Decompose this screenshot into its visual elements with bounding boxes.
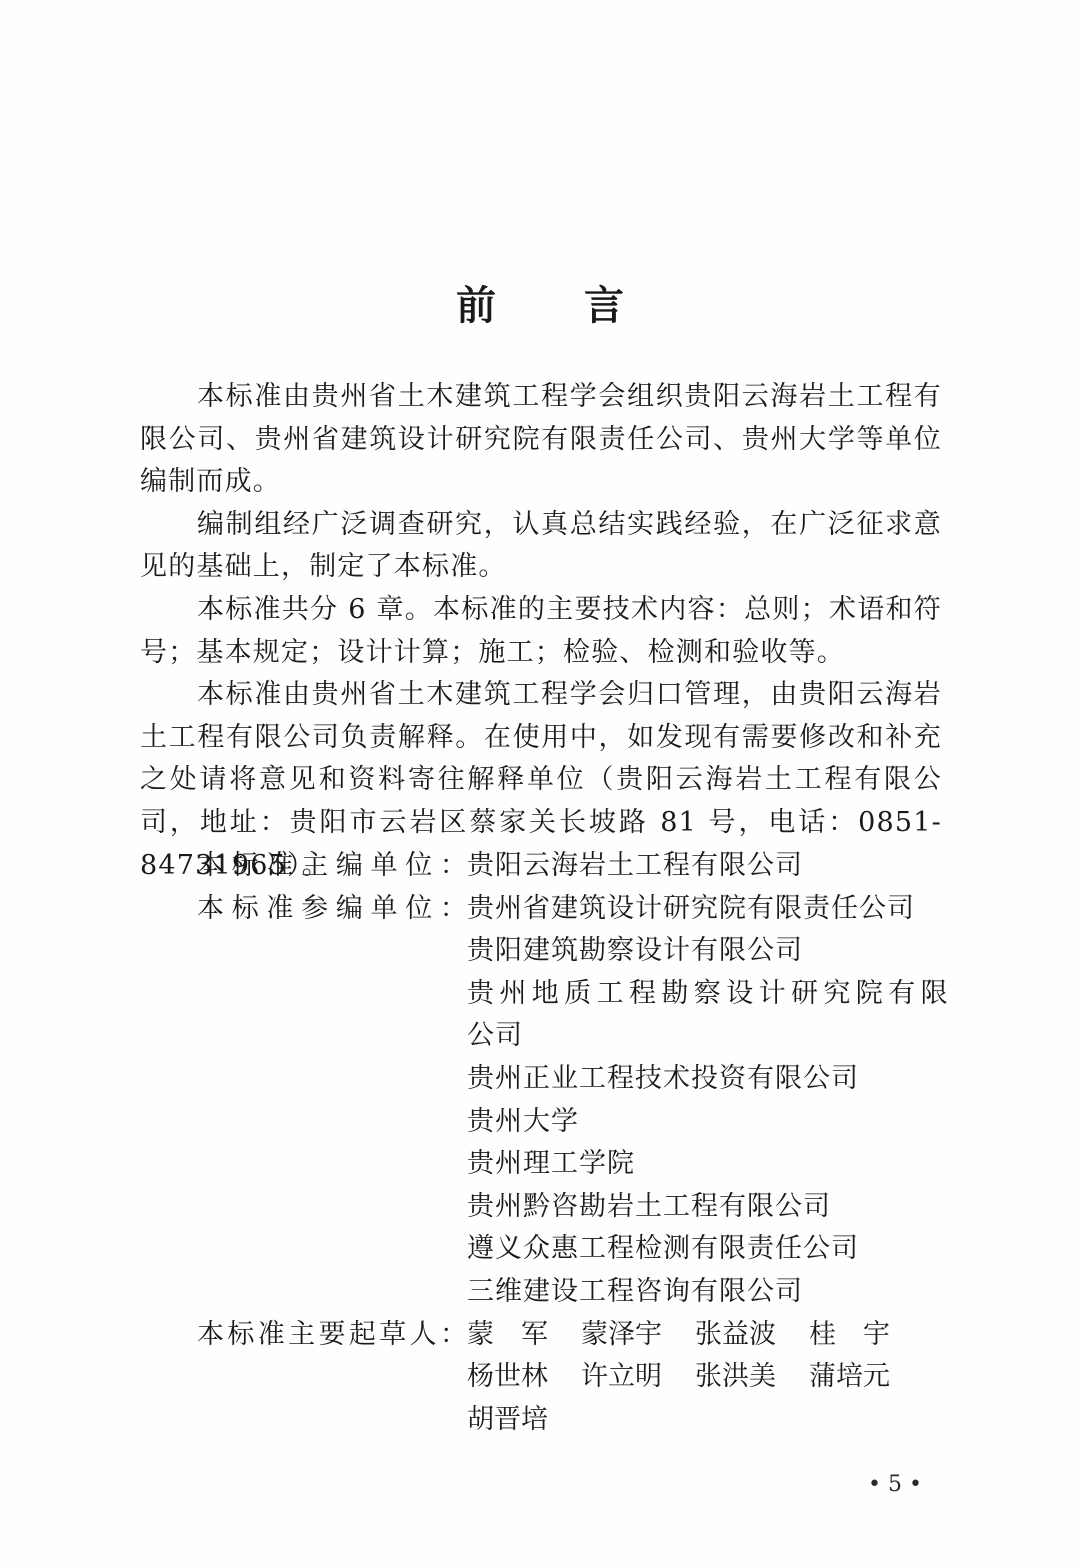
chief-editor-values: 贵阳云海岩土工程有限公司 [467,845,957,888]
drafter-name: 蒙泽宇 [581,1314,695,1357]
unit-name: 贵州地质工程勘察设计研究院有限 [467,973,957,1016]
participating-units-values: 贵州省建筑设计研究院有限责任公司 贵阳建筑勘察设计有限公司 贵州地质工程勘察设计… [467,888,957,1314]
page-title: 前言 [0,278,1080,334]
unit-name: 遵义众惠工程检测有限责任公司 [467,1228,957,1271]
unit-name: 贵阳云海岩土工程有限公司 [467,845,957,888]
drafters-names: 蒙 军 蒙泽宇 张益波 桂 宇 杨世林 许立明 张洪美 蒲培元 胡晋培 [467,1314,957,1442]
credits-section: 本 标 准 主 编 单 位 ： 贵阳云海岩土工程有限公司 本 标 准 参 编 单 [197,845,957,1441]
paragraph: 本标准共分 6 章。本标准的主要技术内容：总则；术语和符号；基本规定；设计计算；… [140,589,942,674]
unit-name: 贵州理工学院 [467,1143,957,1186]
unit-name: 贵州大学 [467,1101,957,1144]
drafters-label: 本 标 准 主 要 起 草 人 ： [197,1314,467,1357]
unit-name-continued: 公司 [467,1015,957,1058]
drafter-name: 许立明 [581,1356,695,1399]
drafter-name: 桂 宇 [809,1314,923,1357]
participating-units-label: 本 标 准 参 编 单 位 ： [197,888,467,931]
preface-body: 本标准由贵州省土木建筑工程学会组织贵阳云海岩土工程有限公司、贵州省建筑设计研究院… [140,376,942,887]
paragraph: 本标准由贵州省土木建筑工程学会组织贵阳云海岩土工程有限公司、贵州省建筑设计研究院… [140,376,942,504]
unit-name: 三维建设工程咨询有限公司 [467,1271,957,1314]
drafters-row: 本 标 准 主 要 起 草 人 ： 蒙 军 蒙泽宇 张益波 桂 宇 杨世林 许立… [197,1314,957,1442]
drafter-name: 蒲培元 [809,1356,923,1399]
unit-name: 贵州省建筑设计研究院有限责任公司 [467,888,957,931]
chief-editor-row: 本 标 准 主 编 单 位 ： 贵阳云海岩土工程有限公司 [197,845,957,888]
unit-name: 贵州黔咨勘岩土工程有限公司 [467,1186,957,1229]
drafter-name: 胡晋培 [467,1399,581,1442]
title-char: 前 [456,278,496,334]
drafter-name: 张益波 [695,1314,809,1357]
page-number: • 5 • [868,1470,922,1500]
participating-units-row: 本 标 准 参 编 单 位 ： 贵州省建筑设计研究院有限责任公司 贵阳建筑勘察设… [197,888,957,1314]
drafter-name: 张洪美 [695,1356,809,1399]
title-char: 言 [584,278,624,334]
unit-name: 贵阳建筑勘察设计有限公司 [467,930,957,973]
drafter-name: 杨世林 [467,1356,581,1399]
drafter-name: 蒙 军 [467,1314,581,1357]
unit-name: 贵州正业工程技术投资有限公司 [467,1058,957,1101]
chief-editor-label: 本 标 准 主 编 单 位 ： [197,845,467,888]
paragraph: 编制组经广泛调查研究，认真总结实践经验，在广泛征求意见的基础上，制定了本标准。 [140,504,942,589]
document-page: 前言 本标准由贵州省土木建筑工程学会组织贵阳云海岩土工程有限公司、贵州省建筑设计… [0,0,1080,1566]
